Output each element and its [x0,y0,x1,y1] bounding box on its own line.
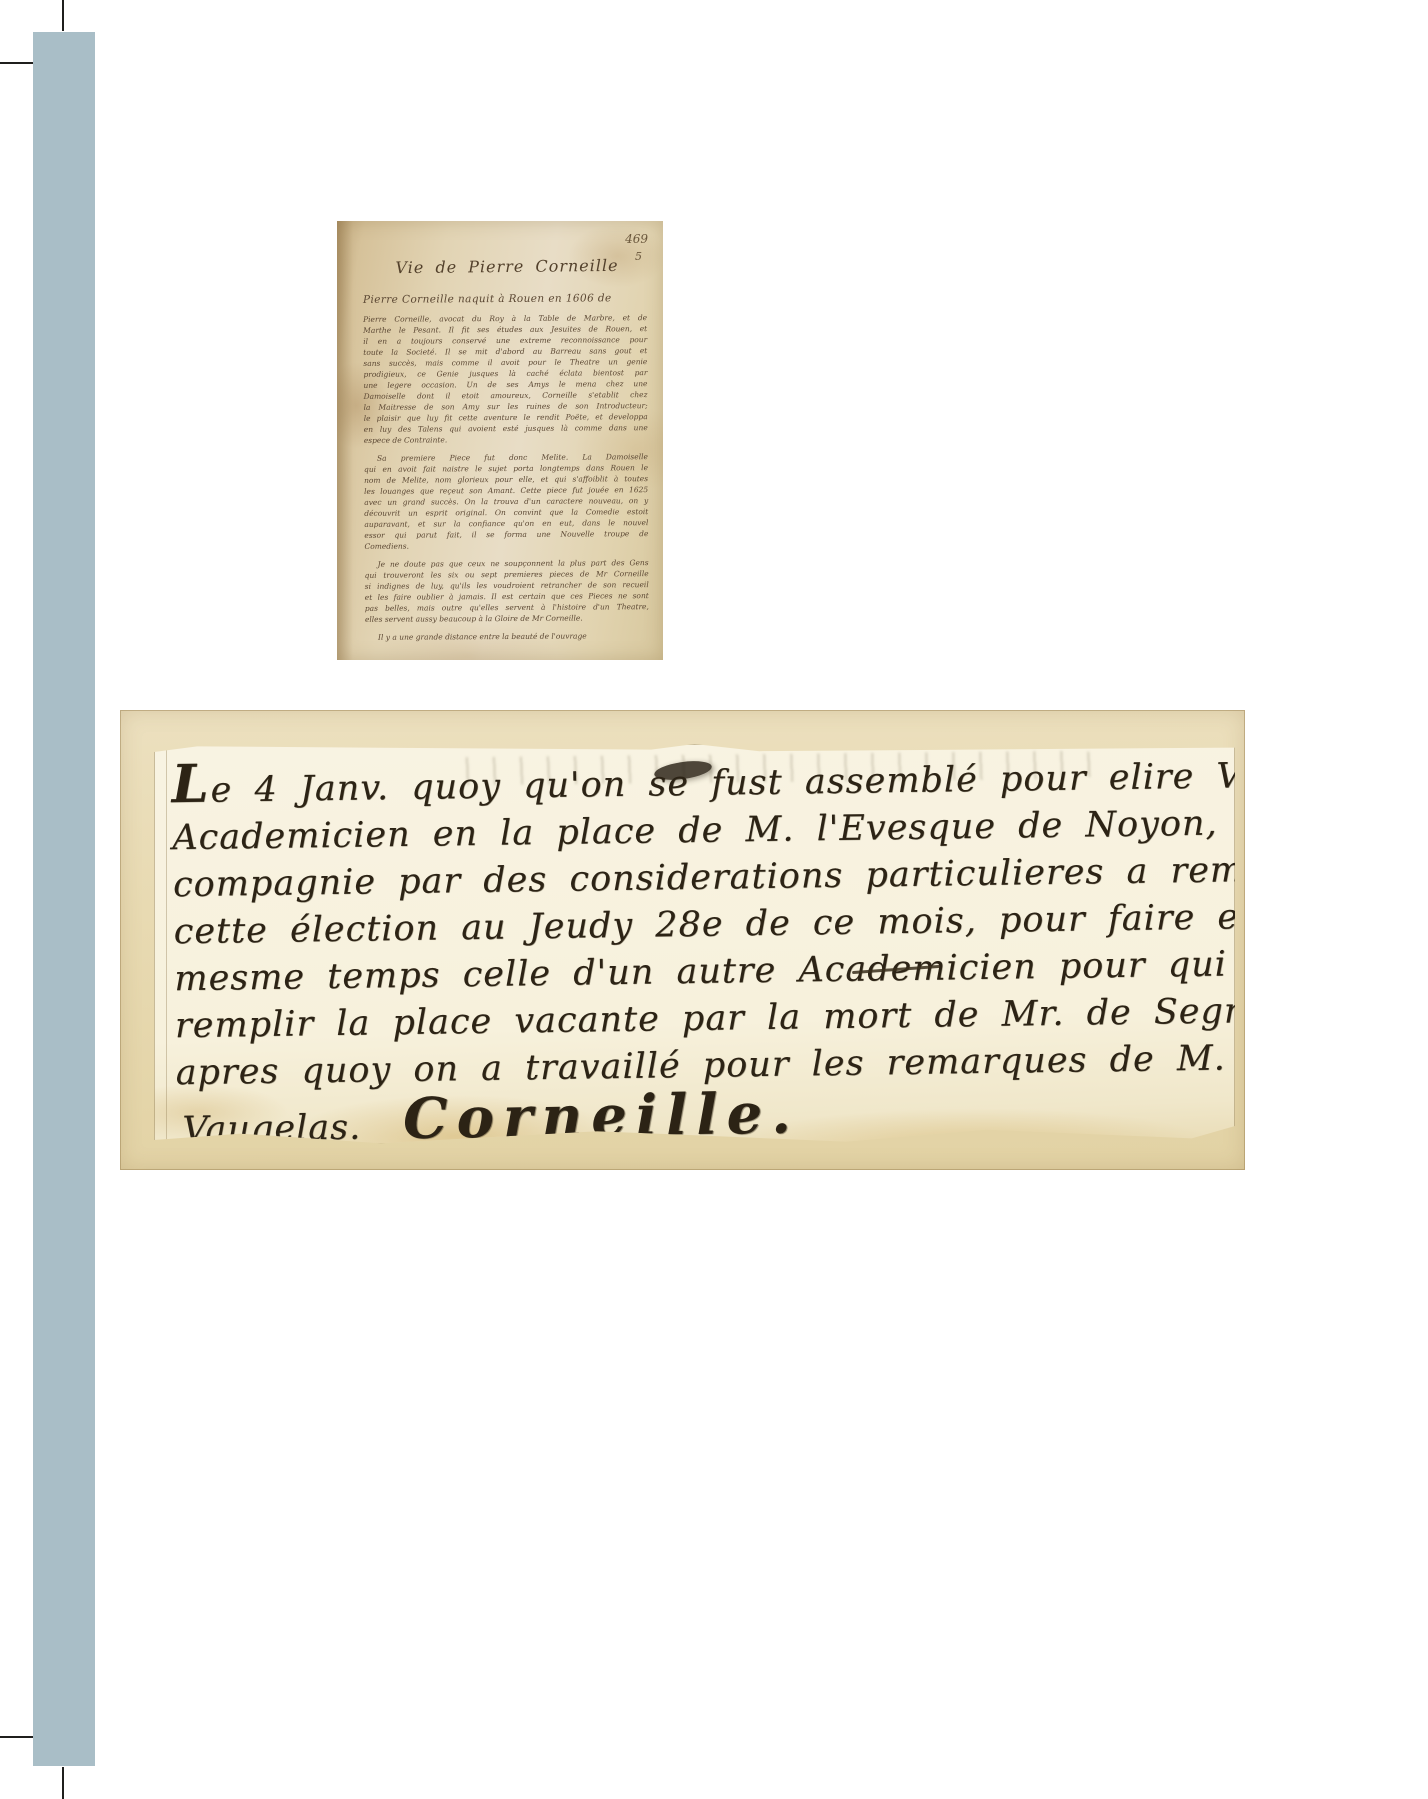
manuscript-line: Comediens. [364,539,648,552]
manuscript-paragraph-2: Sa premiere Piece fut donc Melite. La Da… [364,451,649,552]
note-closing-word: Vaugelas. [182,1105,361,1154]
margin-color-bar [33,32,95,1766]
note-lines: Le 4 Janv. quoy qu'on se fust assemblé p… [171,747,1215,1097]
manuscript-title: Vie de Pierre Corneille [371,256,643,278]
manuscript-paragraph-1: Pierre Corneille, avocat du Roy à la Tab… [363,312,648,446]
manuscript-page-number: 469 [625,232,648,246]
note-paper-slip: Le 4 Janv. quoy qu'on se fust assemblé p… [154,744,1235,1144]
crop-mark-left-upper [0,62,33,64]
figure-academy-register-note: Le 4 Janv. quoy qu'on se fust assemblé p… [120,710,1245,1170]
manuscript-line: elles servent aussy beaucoup à la Gloire… [365,612,649,625]
crop-mark-left-lower [0,1736,35,1738]
manuscript-body: Pierre Corneille naquit à Rouen en 1606 … [363,292,649,643]
figure-vie-de-corneille-manuscript: 469 5 Vie de Pierre Corneille Pierre Cor… [337,221,663,660]
corneille-signature: Corneille. [403,1091,800,1144]
manuscript-line: pas belles, mais outre qu'elles servent … [365,601,649,614]
manuscript-lead-line: Pierre Corneille naquit à Rouen en 1606 … [363,292,647,307]
manuscript-line: essor qui parut fait, il se forma une No… [364,528,648,541]
paper-crease-line [166,744,167,1144]
book-page: { "decor": { "bar_color": "#a9bec7", "cr… [0,0,1428,1799]
manuscript-line: Il y a une grande distance entre la beau… [365,630,649,643]
page-binding-edge [337,221,353,660]
note-handwritten-text: Le 4 Janv. quoy qu'on se fust assemblé p… [171,747,1215,1154]
manuscript-line: espece de Contrainte. [364,433,648,446]
crop-mark-bottom [62,1767,64,1799]
manuscript-paragraph-4: Il y a une grande distance entre la beau… [365,630,649,643]
manuscript-paragraph-3: Je ne doute pas que ceux ne soupçonnent … [365,557,649,625]
note-signature-row: Vaugelas. Corneille. [176,1085,1216,1155]
manuscript-line: en luy des Talens qui avoient esté jusqu… [364,422,648,435]
crop-mark-top [62,0,64,31]
